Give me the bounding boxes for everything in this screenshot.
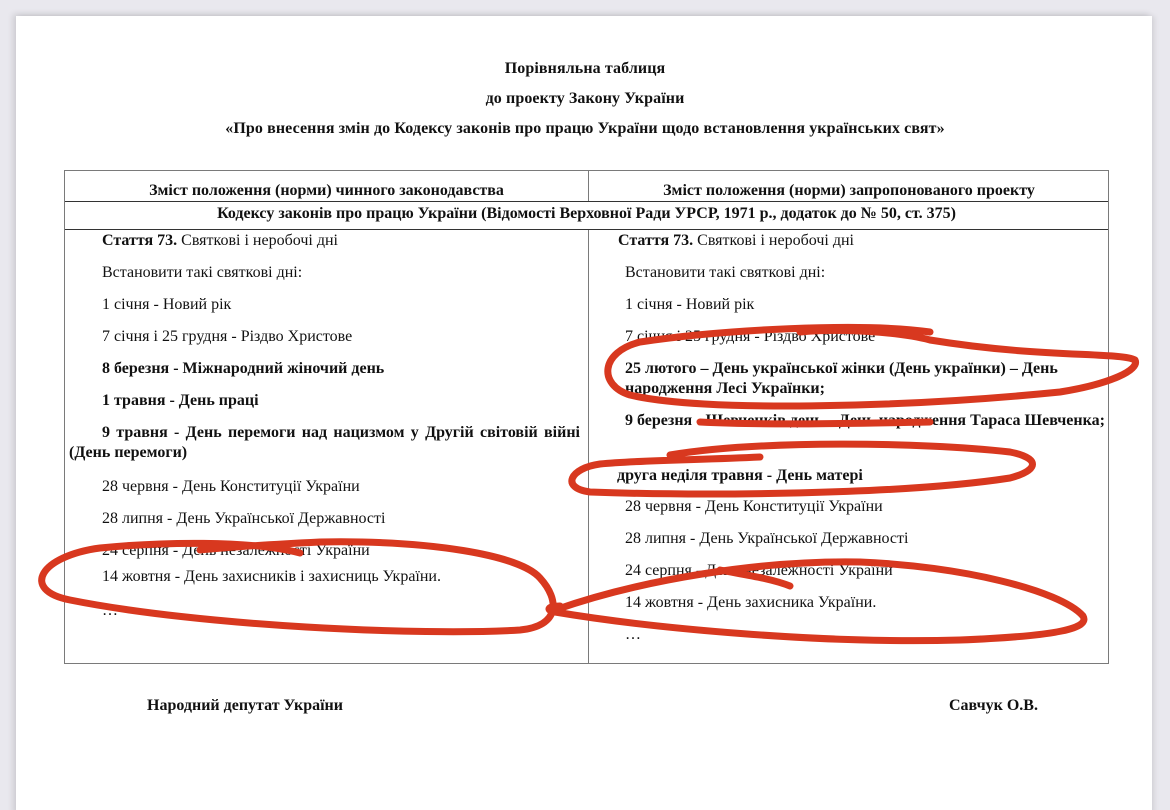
header-proposed-law: Зміст положення (норми) запропонованого … — [589, 182, 1109, 200]
list-item: 24 серпня - День незалежності України — [625, 561, 893, 581]
article-heading: Стаття 73. Святкові і неробочі дні — [102, 231, 338, 251]
list-item: 14 жовтня - День захисників і захисниць … — [102, 567, 441, 587]
list-item: 7 січня і 25 грудня - Різдво Христове — [625, 327, 875, 347]
list-item: 1 січня - Новий рік — [102, 295, 231, 315]
header-current-law: Зміст положення (норми) чинного законода… — [65, 182, 588, 200]
article-heading: Стаття 73. Святкові і неробочі дні — [618, 231, 854, 251]
comparison-table: Зміст положення (норми) чинного законода… — [64, 170, 1109, 664]
intro-text: Встановити такі святкові дні: — [625, 263, 825, 283]
document-subtitle: до проекту Закону України — [0, 90, 1170, 108]
list-item: 1 січня - Новий рік — [625, 295, 754, 315]
list-item: 28 липня - День Української Державності — [102, 509, 385, 529]
signature-name: Савчук О.В. — [949, 697, 1038, 715]
list-item: 9 березня - Шевченків день – День народж… — [625, 411, 1105, 431]
document-law-name: «Про внесення змін до Кодексу законів пр… — [0, 120, 1170, 138]
list-item: 25 лютого – День української жінки (День… — [625, 359, 1105, 399]
list-item: 1 травня - День праці — [102, 391, 259, 411]
list-item: 14 жовтня - День захисника України. — [625, 593, 876, 613]
list-item: 8 березня - Міжнародний жіночий день — [102, 359, 384, 379]
article-title: Святкові і неробочі дні — [177, 232, 338, 249]
code-reference-row: Кодексу законів про працю України (Відом… — [65, 205, 1108, 223]
row-divider — [65, 201, 1108, 202]
list-item: 7 січня і 25 грудня - Різдво Христове — [102, 327, 352, 347]
list-item: 28 липня - День Української Державності — [625, 529, 908, 549]
article-number: Стаття 73. — [102, 232, 177, 249]
article-number: Стаття 73. — [618, 232, 693, 249]
list-item: … — [625, 625, 641, 645]
list-item: 9 травня - День перемоги над нацизмом у … — [69, 423, 580, 463]
list-item: … — [102, 601, 118, 621]
list-item: 28 червня - День Конституції України — [625, 497, 883, 517]
intro-text: Встановити такі святкові дні: — [102, 263, 302, 283]
column-divider — [588, 229, 589, 663]
list-item: 28 червня - День Конституції України — [102, 477, 360, 497]
row-divider — [65, 229, 1108, 230]
list-item: 24 серпня - День незалежності України — [102, 541, 370, 561]
document-title: Порівняльна таблиця — [0, 60, 1170, 78]
list-item: друга неділя травня - День матері — [617, 466, 863, 486]
signature-position: Народний депутат України — [147, 697, 343, 715]
article-title: Святкові і неробочі дні — [693, 232, 854, 249]
